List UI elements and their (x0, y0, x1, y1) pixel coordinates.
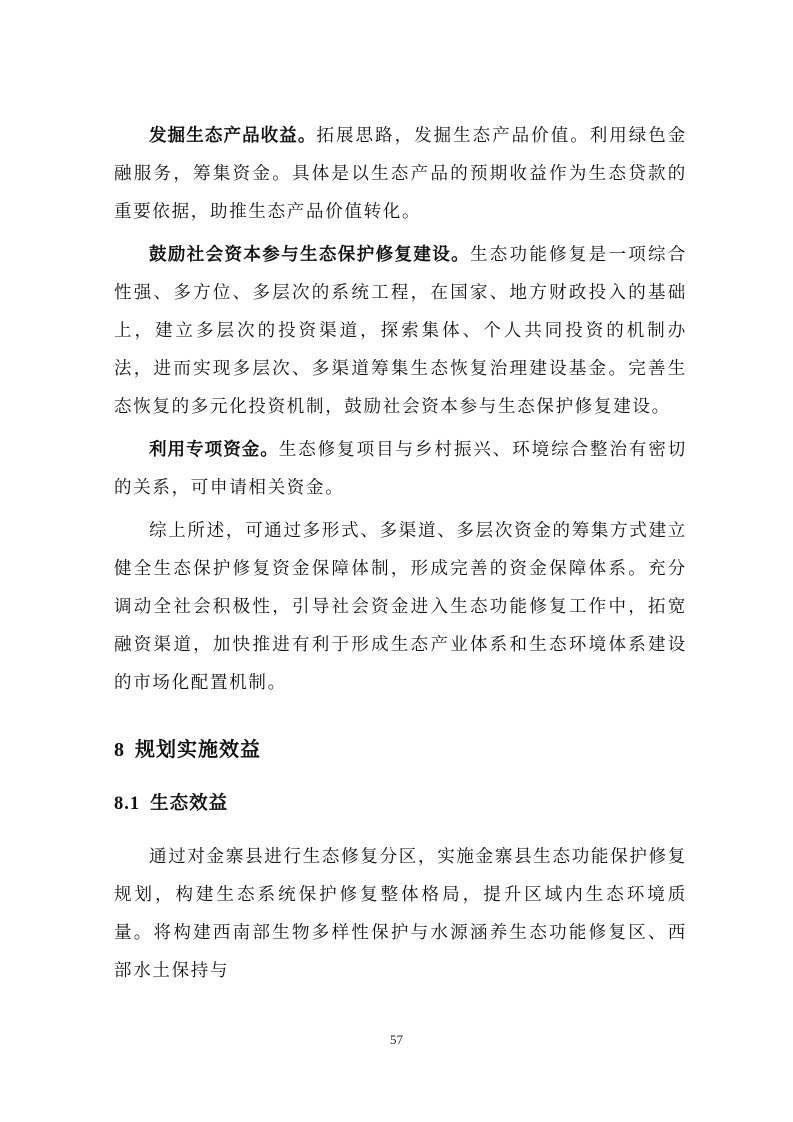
paragraph-body: 通过对金寨县进行生态修复分区，实施金寨县生态功能保护修复规划，构建生态系统保护修… (114, 847, 687, 981)
paragraph-lead: 发掘生态产品收益。 (149, 126, 317, 146)
paragraph-ecological-benefits: 通过对金寨县进行生态修复分区，实施金寨县生态功能保护修复规划，构建生态系统保护修… (114, 838, 687, 990)
subsection-heading: 8.1生态效益 (114, 784, 687, 824)
document-page: 发掘生态产品收益。拓展思路，发掘生态产品价值。利用绿色金融服务，筹集资金。具体是… (114, 117, 687, 990)
section-heading: 8规划实施效益 (114, 729, 687, 770)
paragraph-special-funds: 利用专项资金。生态修复项目与乡村振兴、环境综合整治有密切的关系，可申请相关资金。 (114, 431, 687, 507)
paragraph-body: 生态功能修复是一项综合性强、多方位、多层次的系统工程，在国家、地方财政投入的基础… (114, 245, 687, 417)
paragraph-ecological-product-revenue: 发掘生态产品收益。拓展思路，发掘生态产品价值。利用绿色金融服务，筹集资金。具体是… (114, 117, 687, 231)
subsection-number: 8.1 (114, 794, 140, 814)
paragraph-body: 综上所述，可通过多形式、多渠道、多层次资金的筹集方式建立健全生态保护修复资金保障… (114, 521, 687, 693)
section-number: 8 (114, 739, 125, 761)
paragraph-lead: 鼓励社会资本参与生态保护修复建设。 (149, 245, 470, 265)
page-number: 57 (0, 1032, 793, 1048)
subsection-title: 生态效益 (150, 793, 228, 814)
paragraph-summary: 综上所述，可通过多形式、多渠道、多层次资金的筹集方式建立健全生态保护修复资金保障… (114, 512, 687, 702)
paragraph-lead: 利用专项资金。 (149, 440, 279, 460)
section-title: 规划实施效益 (135, 737, 261, 761)
paragraph-social-capital: 鼓励社会资本参与生态保护修复建设。生态功能修复是一项综合性强、多方位、多层次的系… (114, 236, 687, 426)
